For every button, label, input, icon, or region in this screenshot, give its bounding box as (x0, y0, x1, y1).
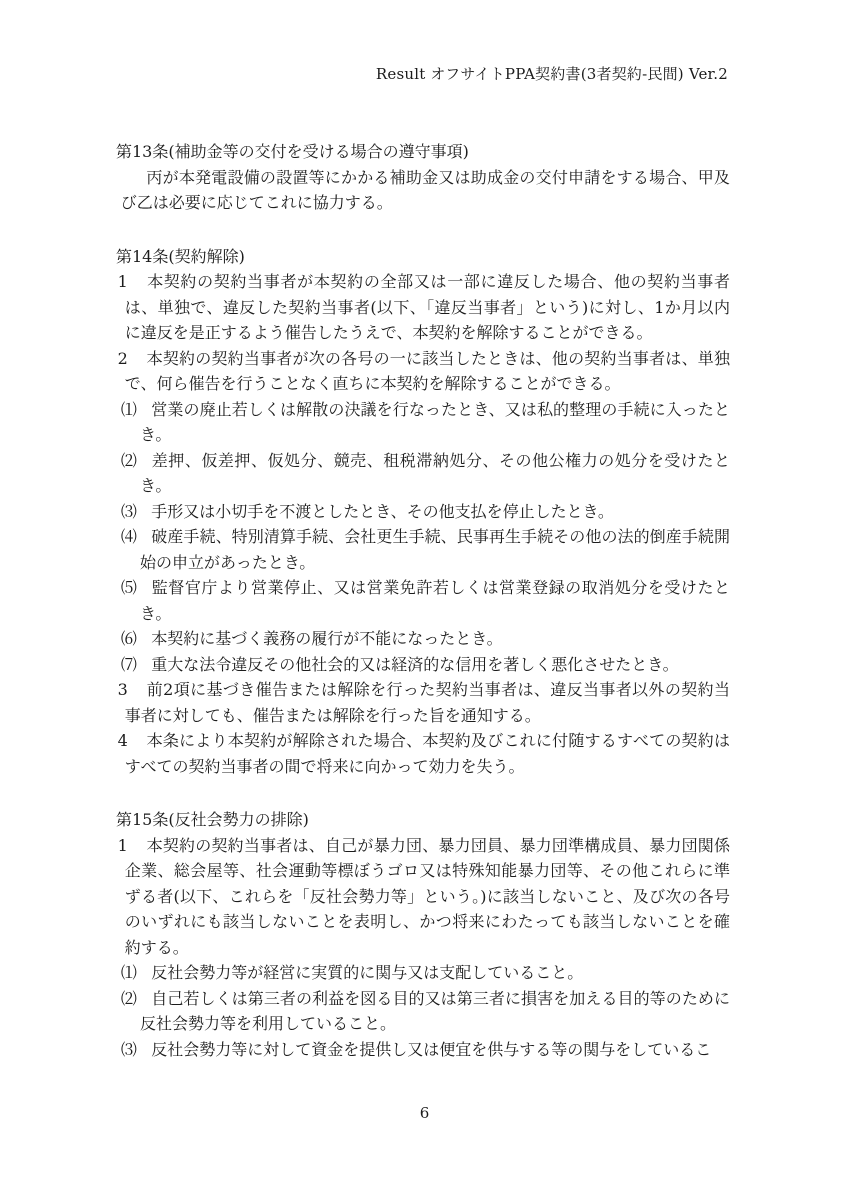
clause-text: 差押、仮差押、仮処分、競売、租税滞納処分、その他公権力の処分を受けたとき。 (140, 451, 730, 496)
clause-num: 4本条により本契約が解除された場合、本契約及びこれに付随するすべての契約はすべて… (116, 728, 730, 779)
clause-marker: ⑸ (121, 575, 151, 601)
clause-marker: 1 (118, 269, 147, 295)
article-heading: 第14条(契約解除) (116, 244, 730, 270)
article-heading: 第15条(反社会勢力の排除) (116, 807, 730, 833)
clause-sub: ⑶手形又は小切手を不渡としたとき、その他支払を停止したとき。 (116, 499, 730, 525)
clause-text: 本条により本契約が解除された場合、本契約及びこれに付随するすべての契約はすべての… (125, 731, 730, 776)
article: 第15条(反社会勢力の排除)1本契約の契約当事者は、自己が暴力団、暴力団員、暴力… (116, 807, 730, 1062)
clause-sub: ⑶反社会勢力等に対して資金を提供し又は便宜を供与する等の関与をしているこ (116, 1037, 730, 1063)
clause-sub: ⑹本契約に基づく義務の履行が不能になったとき。 (116, 626, 730, 652)
clause-marker: ⑴ (121, 960, 151, 986)
clause-text: 本契約の契約当事者が本契約の全部又は一部に違反した場合、他の契約当事者は、単独で… (125, 272, 730, 342)
clause-marker: ⑵ (121, 986, 151, 1012)
clause-marker: 2 (118, 346, 147, 372)
clause-marker: ⑶ (121, 1037, 151, 1063)
articles-container: 第13条(補助金等の交付を受ける場合の遵守事項)丙が本発電設備の設置等にかかる補… (116, 139, 730, 1062)
clause-para: 丙が本発電設備の設置等にかかる補助金又は助成金の交付申請をする場合、甲及び乙は必… (116, 165, 730, 216)
clause-text: 本契約の契約当事者は、自己が暴力団、暴力団員、暴力団準構成員、暴力団関係企業、総… (125, 836, 730, 957)
clause-text: 自己若しくは第三者の利益を図る目的又は第三者に損害を加える目的等のために反社会勢… (140, 989, 730, 1034)
clause-text: 本契約の契約当事者が次の各号の一に該当したときは、他の契約当事者は、単独で、何ら… (125, 349, 730, 394)
clause-marker: 1 (118, 833, 147, 859)
clause-sub: ⑴反社会勢力等が経営に実質的に関与又は支配していること。 (116, 960, 730, 986)
clause-text: 本契約に基づく義務の履行が不能になったとき。 (151, 629, 502, 648)
clause-marker: ⑶ (121, 499, 151, 525)
clause-marker: 3 (118, 677, 147, 703)
clause-marker: ⑹ (121, 626, 151, 652)
clause-marker: ⑺ (121, 652, 151, 678)
clause-marker: 4 (118, 728, 147, 754)
clause-text: 反社会勢力等に対して資金を提供し又は便宜を供与する等の関与をしているこ (151, 1040, 711, 1059)
clause-text: 重大な法令違反その他社会的又は経済的な信用を著しく悪化させたとき。 (151, 655, 678, 674)
clause-sub: ⑺重大な法令違反その他社会的又は経済的な信用を著しく悪化させたとき。 (116, 652, 730, 678)
clause-marker: ⑵ (121, 448, 151, 474)
clause-marker: ⑴ (121, 397, 151, 423)
article: 第13条(補助金等の交付を受ける場合の遵守事項)丙が本発電設備の設置等にかかる補… (116, 139, 730, 216)
clause-sub: ⑵自己若しくは第三者の利益を図る目的又は第三者に損害を加える目的等のために反社会… (116, 986, 730, 1037)
clause-sub: ⑷破産手続、特別清算手続、会社更生手続、民事再生手続その他の法的倒産手続開始の申… (116, 524, 730, 575)
clause-text: 手形又は小切手を不渡としたとき、その他支払を停止したとき。 (151, 502, 614, 521)
article-heading: 第13条(補助金等の交付を受ける場合の遵守事項) (116, 139, 730, 165)
article: 第14条(契約解除)1本契約の契約当事者が本契約の全部又は一部に違反した場合、他… (116, 244, 730, 780)
clause-text: 監督官庁より営業停止、又は営業免許若しくは営業登録の取消処分を受けたとき。 (140, 578, 730, 623)
page-number: 6 (0, 1103, 849, 1123)
clause-text: 営業の廃止若しくは解散の決議を行なったとき、又は私的整理の手続に入ったとき。 (140, 400, 730, 445)
clause-marker: ⑷ (121, 524, 151, 550)
clause-num: 3前2項に基づき催告または解除を行った契約当事者は、違反当事者以外の契約当事者に… (116, 677, 730, 728)
clause-text: 前2項に基づき催告または解除を行った契約当事者は、違反当事者以外の契約当事者に対… (125, 680, 730, 725)
clause-num: 1本契約の契約当事者が本契約の全部又は一部に違反した場合、他の契約当事者は、単独… (116, 269, 730, 346)
clause-num: 2本契約の契約当事者が次の各号の一に該当したときは、他の契約当事者は、単独で、何… (116, 346, 730, 397)
clause-text: 丙が本発電設備の設置等にかかる補助金又は助成金の交付申請をする場合、甲及び乙は必… (121, 168, 730, 213)
clause-num: 1本契約の契約当事者は、自己が暴力団、暴力団員、暴力団準構成員、暴力団関係企業、… (116, 833, 730, 961)
clause-text: 反社会勢力等が経営に実質的に関与又は支配していること。 (151, 963, 583, 982)
clause-sub: ⑵差押、仮差押、仮処分、競売、租税滞納処分、その他公権力の処分を受けたとき。 (116, 448, 730, 499)
clause-sub: ⑸監督官庁より営業停止、又は営業免許若しくは営業登録の取消処分を受けたとき。 (116, 575, 730, 626)
document-header-label: Result オフサイトPPA契約書(3者契約-民間) Ver.2 (376, 64, 728, 84)
document-page: Result オフサイトPPA契約書(3者契約-民間) Ver.2 第13条(補… (0, 0, 849, 1200)
clause-text: 破産手続、特別清算手続、会社更生手続、民事再生手続その他の法的倒産手続開始の申立… (140, 527, 730, 572)
clause-sub: ⑴営業の廃止若しくは解散の決議を行なったとき、又は私的整理の手続に入ったとき。 (116, 397, 730, 448)
